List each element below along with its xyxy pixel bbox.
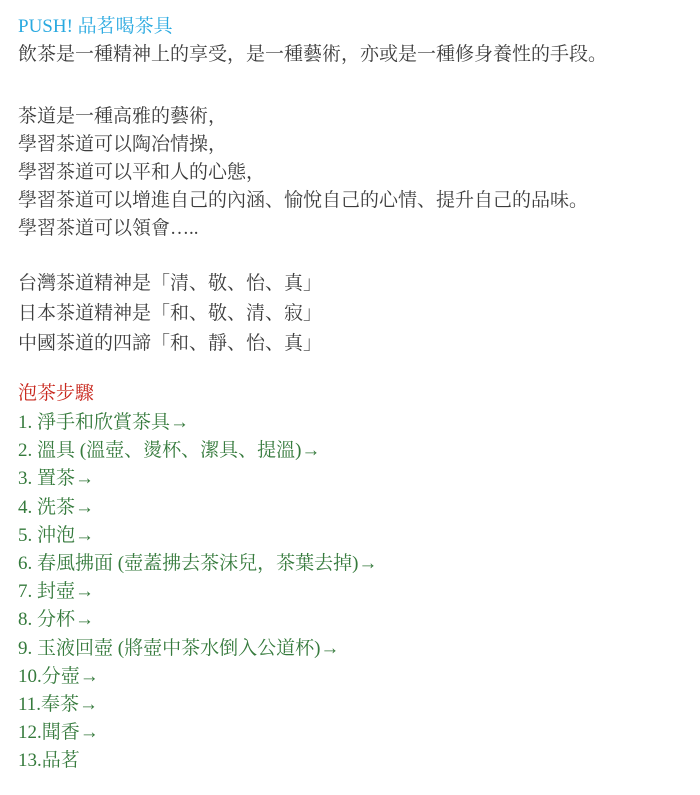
step-item: 3. 置茶→ xyxy=(18,465,680,493)
step-item: 12.聞香→ xyxy=(18,719,680,747)
step-item: 11.奉茶→ xyxy=(18,691,680,719)
step-item: 4. 洗茶→ xyxy=(18,494,680,522)
teaway-line: 茶道是一種高雅的藝術， xyxy=(18,103,680,131)
step-item: 2. 溫具 (溫壺、燙杯、潔具、提溫)→ xyxy=(18,437,680,465)
tea-spirit-section: 台灣茶道精神是「清、敬、怡、真」 日本茶道精神是「和、敬、清、寂」 中國茶道的四… xyxy=(18,269,680,359)
page-title: PUSH! 品茗喝茶具 xyxy=(18,13,680,41)
step-item: 9. 玉液回壺 (將壺中茶水倒入公道杯)→ xyxy=(18,635,680,663)
article-page: PUSH! 品茗喝茶具 飲茶是一種精神上的享受，是一種藝術，亦或是一種修身養性的… xyxy=(0,0,700,795)
steps-heading: 泡茶步驟 xyxy=(18,379,680,409)
brewing-steps-section: 泡茶步驟 1. 淨手和欣賞茶具→ 2. 溫具 (溫壺、燙杯、潔具、提溫)→ 3.… xyxy=(18,379,680,776)
teaway-line: 學習茶道可以領會….. xyxy=(18,215,680,243)
teaway-line: 學習茶道可以陶冶情操， xyxy=(18,131,680,159)
step-item: 6. 春風拂面 (壺蓋拂去茶沫兒，茶葉去掉)→ xyxy=(18,550,680,578)
teaway-line: 學習茶道可以增進自己的內涵、愉悅自己的心情、提升自己的品味。 xyxy=(18,187,680,215)
intro-paragraph: 飲茶是一種精神上的享受，是一種藝術，亦或是一種修身養性的手段。 xyxy=(18,41,680,69)
step-item: 5. 沖泡→ xyxy=(18,522,680,550)
spirit-line: 台灣茶道精神是「清、敬、怡、真」 xyxy=(18,269,680,299)
step-item: 13.品茗 xyxy=(18,747,680,775)
step-item: 1. 淨手和欣賞茶具→ xyxy=(18,409,680,437)
teaway-line: 學習茶道可以平和人的心態， xyxy=(18,159,680,187)
step-item: 10.分壺→ xyxy=(18,663,680,691)
step-item: 8. 分杯→ xyxy=(18,606,680,634)
spirit-line: 日本茶道精神是「和、敬、清、寂」 xyxy=(18,299,680,329)
step-item: 7. 封壺→ xyxy=(18,578,680,606)
spirit-line: 中國茶道的四諦「和、靜、怡、真」 xyxy=(18,329,680,359)
tea-way-section: 茶道是一種高雅的藝術， 學習茶道可以陶冶情操， 學習茶道可以平和人的心態， 學習… xyxy=(18,103,680,243)
